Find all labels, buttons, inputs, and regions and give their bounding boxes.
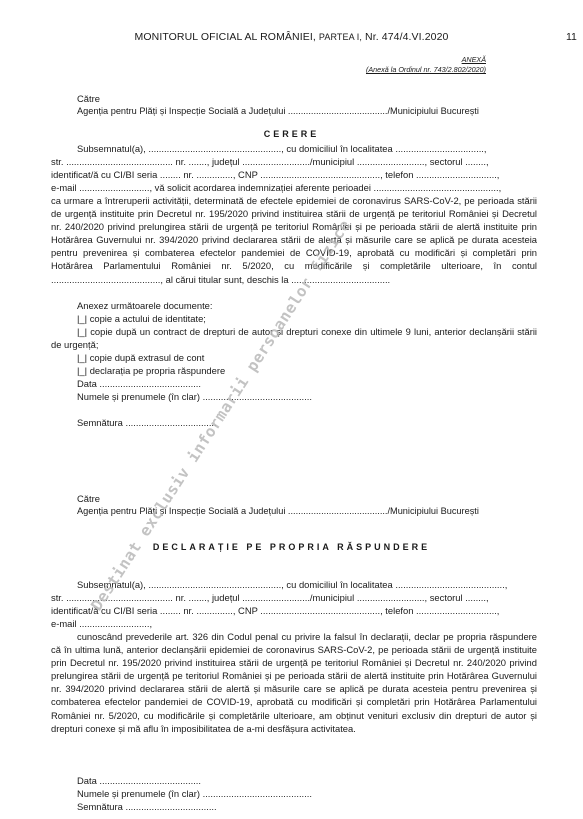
declaratie-agency: Agenția pentru Plăți și Inspecție Social… — [77, 505, 479, 518]
cerere-title: CERERE — [0, 129, 583, 139]
document-page: MONITORUL OFICIAL AL ROMÂNIEI, PARTEA I,… — [0, 0, 583, 819]
annex-label-block: ANEXĂ (Anexă la Ordinul nr. 743/2.802/20… — [366, 55, 486, 75]
cerere-body: ca urmare a întreruperii activității, de… — [51, 194, 537, 286]
declaratie-line-email: e-mail ..........................., — [51, 617, 152, 630]
cerere-line-email: e-mail ..........................., vă s… — [51, 181, 501, 194]
page-number: 11 — [566, 31, 577, 43]
annex-reference: (Anexă la Ordinul nr. 743/2.802/2020) — [366, 65, 486, 75]
attachments-label: Anexez următoarele documente: — [77, 299, 213, 312]
attachment-declaration: |_| declarația pe propria răspundere — [77, 364, 225, 377]
declaratie-line-address: str. ...................................… — [51, 591, 489, 604]
cerere-line-id: identificat/ă cu CI/BI seria ........ nr… — [51, 168, 499, 181]
declaratie-line-name: Subsemnatul(a), ........................… — [77, 578, 507, 591]
header-issue: Nr. 474/4.VI.2020 — [365, 31, 448, 43]
declaratie-signature-field: Semnătura ..............................… — [77, 800, 217, 813]
cerere-line-address: str. ...................................… — [51, 155, 489, 168]
declaratie-line-id: identificat/ă cu CI/BI seria ........ nr… — [51, 604, 499, 617]
attachment-id-copy: |_| copie a actului de identitate; — [77, 312, 206, 325]
declaratie-title: DECLARAȚIE PE PROPRIA RĂSPUNDERE — [0, 542, 583, 552]
cerere-signature-field: Semnătura ..............................… — [77, 416, 217, 429]
declaratie-name-field: Numele și prenumele (în clar) ..........… — [77, 787, 312, 800]
cerere-to-label: Către — [77, 92, 100, 105]
attachment-bank-statement: |_| copie după extrasul de cont — [77, 351, 204, 364]
header-part: PARTEA I, — [319, 32, 362, 42]
declaratie-to-label: Către — [77, 492, 100, 505]
declaratie-date-field: Data ...................................… — [77, 774, 201, 787]
cerere-date-field: Data ...................................… — [77, 377, 201, 390]
declaratie-body: cunoscând prevederile art. 326 din Codul… — [51, 630, 537, 735]
page-header: MONITORUL OFICIAL AL ROMÂNIEI, PARTEA I,… — [0, 31, 583, 43]
annex-label: ANEXĂ — [366, 55, 486, 65]
cerere-line-name: Subsemnatul(a), ........................… — [77, 142, 487, 155]
header-title: MONITORUL OFICIAL AL ROMÂNIEI, — [135, 31, 316, 43]
cerere-name-field: Numele și prenumele (în clar) ..........… — [77, 390, 312, 403]
attachment-contract-copy: |_| copie după un contract de drepturi d… — [51, 325, 537, 351]
cerere-agency: Agenția pentru Plăți și Inspecție Social… — [77, 105, 479, 118]
